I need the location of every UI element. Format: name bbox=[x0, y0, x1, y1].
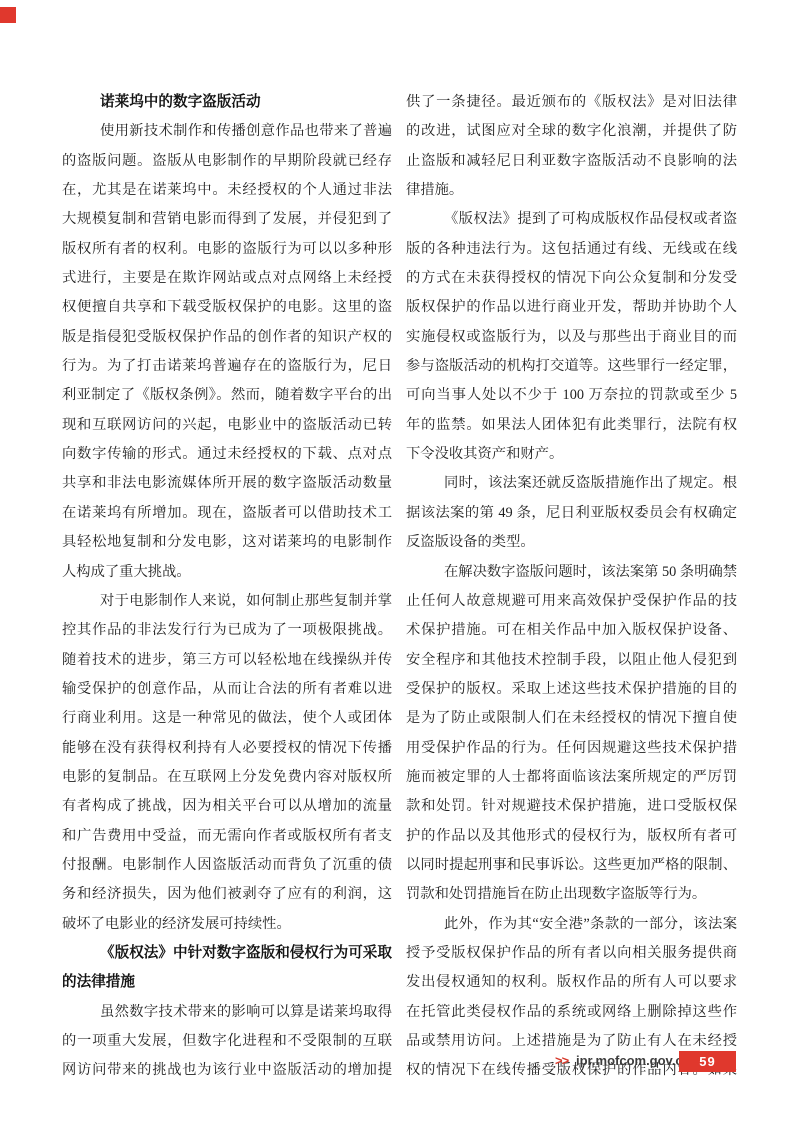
text-line: 行商业利用。这是一种常见的做法，使个人或团体 bbox=[62, 704, 392, 733]
page-footer: >> ipr.mofcom.gov.cn 59 bbox=[0, 1050, 794, 1076]
text-line: 《版权法》提到了可构成版权作品侵权或者盗 bbox=[406, 205, 737, 234]
heading-line: 诺莱坞中的数字盗版活动 bbox=[62, 88, 392, 117]
text-line: 受保护的版权。采取上述这些技术保护措施的目的 bbox=[406, 675, 737, 704]
text-line: 向数字传输的形式。通过未经授权的下载、点对点 bbox=[62, 440, 392, 469]
text-line: 安全程序和其他技术控制手段，以阻止他人侵犯到 bbox=[406, 646, 737, 675]
text-line: 施而被定罪的人士都将面临该法案所规定的严厉罚 bbox=[406, 763, 737, 792]
page-number-badge: 59 bbox=[679, 1051, 736, 1072]
text-line: 下令没收其资产和财产。 bbox=[406, 440, 737, 469]
footer-url[interactable]: ipr.mofcom.gov.cn bbox=[576, 1053, 691, 1068]
text-line: 在，尤其是在诺莱坞中。未经授权的个人通过非法 bbox=[62, 176, 392, 205]
text-line: 在解决数字盗版问题时，该法案第 50 条明确禁 bbox=[406, 558, 737, 587]
text-line: 在诺莱坞有所增加。现在，盗版者可以借助技术工 bbox=[62, 499, 392, 528]
heading-line: 的法律措施 bbox=[62, 968, 392, 997]
text-line: 可向当事人处以不少于 100 万奈拉的罚款或至少 5 bbox=[406, 381, 737, 410]
text-line: 利亚制定了《版权条例》。然而，随着数字平台的出 bbox=[62, 381, 392, 410]
text-line: 供了一条捷径。最近颁布的《版权法》是对旧法律 bbox=[406, 88, 737, 117]
page-corner-marker bbox=[0, 7, 16, 23]
text-line: 控其作品的非法发行行为已成为了一项极限挑战。 bbox=[62, 616, 392, 645]
text-line: 术保护措施。可在相关作品中加入版权保护设备、 bbox=[406, 616, 737, 645]
right-text-column: 供了一条捷径。最近颁布的《版权法》是对旧法律的改进，试图应对全球的数字化浪潮，并… bbox=[406, 88, 737, 1086]
text-line: 以同时提起刑事和民事诉讼。这些更加严格的限制、 bbox=[406, 851, 737, 880]
text-line: 止任何人故意规避可用来高效保护受保护作品的技 bbox=[406, 587, 737, 616]
text-line: 具轻松地复制和分发电影，这对诺莱坞的电影制作 bbox=[62, 528, 392, 557]
text-line: 据该法案的第 49 条，尼日利亚版权委员会有权确定 bbox=[406, 499, 737, 528]
text-line: 式进行，主要是在欺诈网站或点对点网络上未经授 bbox=[62, 264, 392, 293]
text-line: 款和处罚。针对规避技术保护措施，进口受版权保 bbox=[406, 792, 737, 821]
text-line: 付报酬。电影制作人因盗版活动而背负了沉重的债 bbox=[62, 851, 392, 880]
chevron-right-icon: >> bbox=[555, 1053, 568, 1068]
text-line: 此外，作为其“安全港”条款的一部分，该法案 bbox=[406, 910, 737, 939]
text-line: 的盗版问题。盗版从电影制作的早期阶段就已经存 bbox=[62, 147, 392, 176]
text-line: 授予受版权保护作品的所有者以向相关服务提供商 bbox=[406, 939, 737, 968]
heading-line: 《版权法》中针对数字盗版和侵权行为可采取 bbox=[62, 939, 392, 968]
text-line: 人构成了重大挑战。 bbox=[62, 558, 392, 587]
text-line: 共享和非法电影流媒体所开展的数字盗版活动数量 bbox=[62, 469, 392, 498]
text-line: 罚款和处罚措施旨在防止出现数字盗版等行为。 bbox=[406, 880, 737, 909]
text-line: 律措施。 bbox=[406, 176, 737, 205]
text-line: 虽然数字技术带来的影响可以算是诺莱坞取得 bbox=[62, 998, 392, 1027]
text-line: 年的监禁。如果法人团体犯有此类罪行，法院有权 bbox=[406, 411, 737, 440]
text-line: 护的作品以及其他形式的侵权行为，版权所有者可 bbox=[406, 822, 737, 851]
text-line: 同时，该法案还就反盗版措施作出了规定。根 bbox=[406, 469, 737, 498]
text-line: 使用新技术制作和传播创意作品也带来了普遍 bbox=[62, 117, 392, 146]
text-line: 大规模复制和营销电影而得到了发展，并侵犯到了 bbox=[62, 205, 392, 234]
text-line: 版的各种违法行为。这包括通过有线、无线或在线 bbox=[406, 235, 737, 264]
text-line: 参与盗版活动的机构打交道等。这些罪行一经定罪， bbox=[406, 352, 737, 381]
text-line: 随着技术的进步，第三方可以轻松地在线操纵并传 bbox=[62, 646, 392, 675]
text-line: 输受保护的创意作品，从而让合法的所有者难以进 bbox=[62, 675, 392, 704]
text-line: 对于电影制作人来说，如何制止那些复制并掌 bbox=[62, 587, 392, 616]
document-page: 诺莱坞中的数字盗版活动使用新技术制作和传播创意作品也带来了普遍的盗版问题。盗版从… bbox=[0, 0, 794, 1123]
text-line: 实施侵权或盗版行为，以及与那些出于商业目的而 bbox=[406, 323, 737, 352]
text-line: 的方式在未获得授权的情况下向公众复制和分发受 bbox=[406, 264, 737, 293]
text-line: 破坏了电影业的经济发展可持续性。 bbox=[62, 910, 392, 939]
text-line: 和广告费用中受益，而无需向作者或版权所有者支 bbox=[62, 822, 392, 851]
text-line: 行为。为了打击诺莱坞普遍存在的盗版行为，尼日 bbox=[62, 352, 392, 381]
text-line: 现和互联网访问的兴起，电影业中的盗版活动已转 bbox=[62, 411, 392, 440]
text-line: 止盗版和减轻尼日利亚数字盗版活动不良影响的法 bbox=[406, 147, 737, 176]
text-line: 务和经济损失，因为他们被剥夺了应有的利润，这 bbox=[62, 880, 392, 909]
text-line: 权便擅自共享和下载受版权保护的电影。这里的盗 bbox=[62, 293, 392, 322]
text-line: 版权保护的作品以进行商业开发，帮助并协助个人 bbox=[406, 293, 737, 322]
text-line: 反盗版设备的类型。 bbox=[406, 528, 737, 557]
text-line: 版是指侵犯受版权保护作品的创作者的知识产权的 bbox=[62, 323, 392, 352]
text-line: 的改进，试图应对全球的数字化浪潮，并提供了防 bbox=[406, 117, 737, 146]
text-line: 能够在没有获得权利持有人必要授权的情况下传播 bbox=[62, 734, 392, 763]
text-line: 在托管此类侵权作品的系统或网络上删除掉这些作 bbox=[406, 998, 737, 1027]
text-line: 用受保护作品的行为。任何因规避这些技术保护措 bbox=[406, 734, 737, 763]
text-line: 有者构成了挑战，因为相关平台可以从增加的流量 bbox=[62, 792, 392, 821]
left-text-column: 诺莱坞中的数字盗版活动使用新技术制作和传播创意作品也带来了普遍的盗版问题。盗版从… bbox=[62, 88, 392, 1086]
text-line: 是为了防止或限制人们在未经授权的情况下擅自使 bbox=[406, 704, 737, 733]
text-line: 发出侵权通知的权利。版权作品的所有人可以要求 bbox=[406, 968, 737, 997]
text-line: 版权所有者的权利。电影的盗版行为可以以多种形 bbox=[62, 235, 392, 264]
text-line: 电影的复制品。在互联网上分发免费内容对版权所 bbox=[62, 763, 392, 792]
